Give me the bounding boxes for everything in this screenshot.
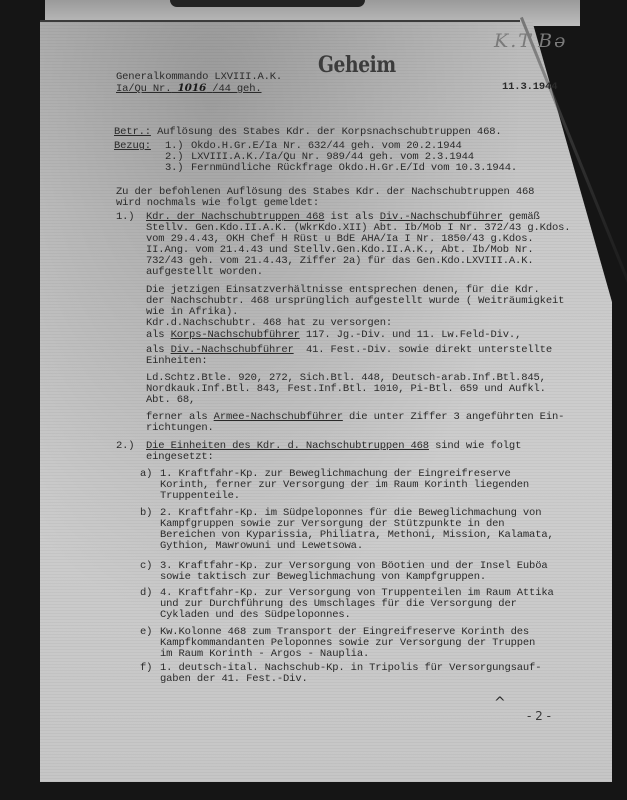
korps-text: 117. Jg.-Div. und 11. Lw.Feld-Div., [300,329,521,341]
section-2-number: 2.) [116,441,134,452]
subject-text: Auflösung des Stabes Kdr. der Korpsnachs… [157,126,501,138]
handwritten-note: K.T.Bə [494,30,567,52]
item-a-letter: a) [140,469,152,480]
classification-stamp: Geheim [318,52,396,78]
reference-3-text: Fernmündliche Rückfrage Okdo.H.Gr.E/Id v… [191,163,517,174]
section-2-lead-end: sind wie folgt [429,440,521,452]
item-f-line: gaben der 41. Fest.-Div. [160,674,308,685]
pencil-mark: ^ [494,695,506,711]
handwritten-ref-number: 1016 [178,82,207,94]
korps-label: Korps-Nachschubführer [171,329,300,341]
subject-label: Betr.: [114,126,151,138]
section-1-number: 1.) [116,212,134,223]
intro-line-2: wird nochmals wie folgt gemeldet: [116,198,319,209]
document-date: 11.3.1944 [502,82,557,93]
underlying-shadow [170,0,365,7]
item-d-line: Cykladen und des Südpeloponnes. [160,610,351,621]
item-e-letter: e) [140,627,152,638]
armee-text: die unter Ziffer 3 angeführten Ein- [343,411,564,423]
reference-number-line: Ia/Qu Nr. 1016 /44 geh. [116,83,262,95]
item-d-letter: d) [140,588,152,599]
item-f-letter: f) [140,663,152,674]
section-2-lead-line-2: eingesetzt: [146,452,214,463]
subject-line: Betr.: Auflösung des Stabes Kdr. der Kor… [114,127,502,138]
item-e-line: im Raum Korinth - Argos - Nauplia. [160,649,369,660]
armee-label: Armee-Nachschubführer [214,411,343,423]
div-text: 41. Fest.-Div. sowie direkt unterstellte [294,344,552,356]
section-1-line: aufgestellt worden. [146,267,263,278]
item-c-letter: c) [140,561,152,572]
reference-3-num: 3.) [165,163,183,174]
div-line-2: Einheiten: [146,356,208,367]
reference-label: Bezug: [114,141,151,152]
item-b-letter: b) [140,508,152,519]
page-continuation-marker: - 2 - [527,709,551,723]
korps-prefix: als [146,329,171,341]
page-top-edge [40,20,520,22]
armee-line-2: richtungen. [146,423,214,434]
korps-line: als Korps-Nachschubführer 117. Jg.-Div. … [146,330,521,341]
units-line: Nordkauk.Inf.Btl. 843, Fest.Inf.Btl. 101… [146,384,546,395]
item-a-line: Truppenteile. [160,491,240,502]
item-c-line: sowie taktisch zur Beweglichmachung von … [160,572,486,583]
item-b-line: Gythion, Mawrowuni und Lewetsowa. [160,541,363,552]
ref-prefix: Ia/Qu Nr. [116,83,171,95]
units-line: Abt. 68, [146,395,195,406]
ref-suffix: /44 geh. [212,83,261,95]
section-1-para2-line: Kdr.d.Nachschubtr. 468 hat zu versorgen: [146,318,392,329]
